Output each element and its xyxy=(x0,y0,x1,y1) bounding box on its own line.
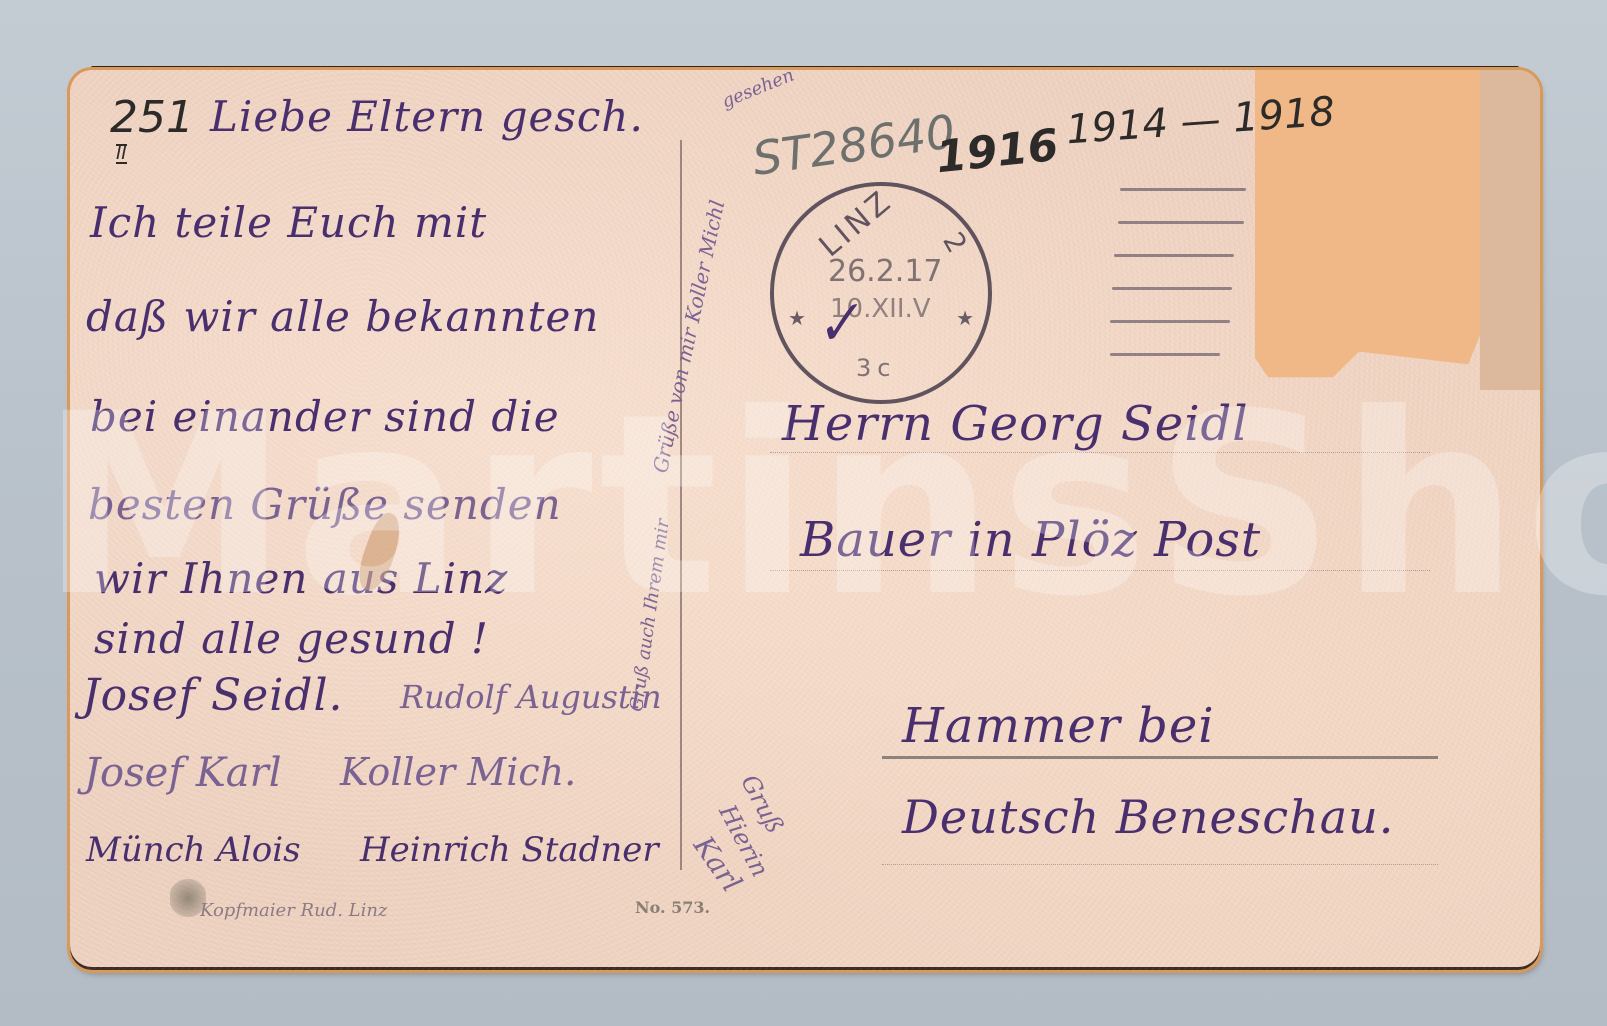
stamp-remnant-fade xyxy=(1480,70,1540,390)
margin-note-upper: Grüße von mir Koller Michl xyxy=(648,198,729,475)
address-rule-2 xyxy=(770,570,1430,571)
center-divider xyxy=(680,140,682,870)
star-icon: ★ xyxy=(788,306,806,330)
address-line-4: Deutsch Beneschau. xyxy=(902,790,1394,844)
roman-numeral: II xyxy=(116,144,127,164)
inventory-code: ST28640 xyxy=(749,104,958,186)
address-line-2: Bauer in Plöz Post xyxy=(800,512,1261,568)
postmark-code: 3c xyxy=(856,354,896,382)
postmark-city: LINZ xyxy=(813,183,900,264)
address-rule-4 xyxy=(882,864,1438,865)
message-line-5: besten Grüße senden xyxy=(88,480,562,529)
publisher-imprint: Kopfmaier Rud. Linz xyxy=(200,900,387,921)
message-line-6: wir Ihnen aus Linz xyxy=(94,554,508,603)
message-line-4: bei einander sind die xyxy=(90,392,560,441)
message-line-1: Liebe Eltern gesch. xyxy=(210,92,644,141)
message-line-2: Ich teile Euch mit xyxy=(90,198,487,247)
address-line-1: Herrn Georg Seidl xyxy=(782,396,1249,452)
signature-josef-seidl: Josef Seidl. xyxy=(82,670,344,721)
address-rule-1 xyxy=(770,452,1430,453)
catalog-number: 251 xyxy=(110,92,194,143)
margin-note-lower: Gruß auch Ihrem mir xyxy=(626,518,674,713)
star-icon: ★ xyxy=(956,306,974,330)
top-note: gesehen xyxy=(719,70,797,112)
card-number: No. 573. xyxy=(635,898,710,917)
signature-koller-michl: Koller Mich. xyxy=(340,750,576,794)
signature-muench-alois: Münch Alois xyxy=(86,830,301,870)
signature-heinrich-stadner: Heinrich Stadner xyxy=(360,830,659,870)
message-line-7: sind alle gesund ! xyxy=(94,614,489,663)
postmark-date: 26.2.17 xyxy=(828,254,943,289)
cancel-bars xyxy=(1100,188,1246,386)
address-rule-3 xyxy=(882,756,1438,759)
address-line-3: Hammer bei xyxy=(902,698,1215,754)
postcard-back: 251 II ST28640 1916 1914 — 1918 gesehen … xyxy=(70,70,1540,970)
message-line-3: daß wir alle bekannten xyxy=(86,292,599,341)
signature-josef-karl: Josef Karl xyxy=(84,750,281,796)
postmark: LINZ 2 26.2.17 10.XII.V 3c ★ ★ xyxy=(770,182,992,404)
signature-rudolf-augustin: Rudolf Augustin xyxy=(400,678,662,716)
